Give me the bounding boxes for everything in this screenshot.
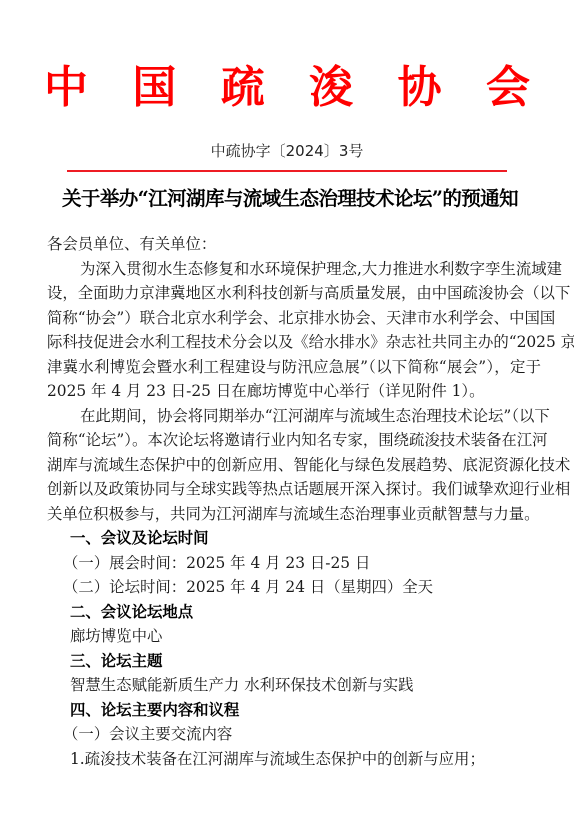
section-heading: 四、论坛主要内容和议程 bbox=[47, 698, 541, 723]
section-agenda: 四、论坛主要内容和议程 （一）会议主要交流内容 1.疏浚技术装备在江河湖库与流域… bbox=[47, 698, 541, 772]
masthead-char: 协 bbox=[394, 62, 446, 114]
masthead-char: 会 bbox=[482, 62, 534, 114]
section-heading: 一、会议及论坛时间 bbox=[47, 526, 541, 551]
masthead-char: 中 bbox=[40, 62, 92, 114]
paragraph-line: 关单位积极参与，共同为江河湖库与流域生态治理事业贡献智慧与力量。 bbox=[47, 502, 541, 527]
section-item: 智慧生态赋能新质生产力 水利环保技术创新与实践 bbox=[47, 673, 541, 698]
paragraph-line: 津冀水利博览会暨水利工程建设与防汛应急展”（以下简称“展会”），定于 bbox=[47, 355, 541, 380]
paragraph-line: 湖库与流域生态保护中的创新应用、智能化与绿色发展趋势、底泥资源化技术 bbox=[47, 453, 541, 478]
masthead-char: 国 bbox=[128, 62, 180, 114]
salutation: 各会员单位、有关单位： bbox=[47, 232, 541, 257]
paragraph-line: 简称“论坛”）。本次论坛将邀请行业内知名专家，围绕疏浚技术装备在江河 bbox=[47, 428, 541, 453]
section-heading: 三、论坛主题 bbox=[47, 649, 541, 674]
section-item: （一）展会时间：2025 年 4 月 23 日-25 日 bbox=[47, 551, 541, 576]
paragraph-line: 简称“协会”）联合北京水利学会、北京排水协会、天津市水利学会、中国国 bbox=[47, 306, 541, 331]
section-venue: 二、会议论坛地点 廊坊博览中心 bbox=[47, 600, 541, 649]
masthead-char: 疏 bbox=[217, 62, 269, 114]
paragraph-2: 在此期间，协会将同期举办“江河湖库与流域生态治理技术论坛”（以下 简称“论坛”）… bbox=[47, 404, 541, 527]
paragraph-line: 际科技促进会水利工程技术分会以及《给水排水》杂志社共同主办的“2025 京 bbox=[47, 330, 541, 355]
paragraph-line: 为深入贯彻水生态修复和水环境保护理念,大力推进水利数字孪生流域建 bbox=[47, 257, 541, 282]
section-theme: 三、论坛主题 智慧生态赋能新质生产力 水利环保技术创新与实践 bbox=[47, 649, 541, 698]
paragraph-line: 在此期间，协会将同期举办“江河湖库与流域生态治理技术论坛”（以下 bbox=[47, 404, 541, 429]
section-item: 1.疏浚技术装备在江河湖库与流域生态保护中的创新与应用； bbox=[47, 747, 541, 772]
paragraph-1: 为深入贯彻水生态修复和水环境保护理念,大力推进水利数字孪生流域建 设，全面助力京… bbox=[47, 257, 541, 404]
masthead-org-name: 中 国 疏 浚 协 会 bbox=[40, 62, 534, 114]
section-meeting-time: 一、会议及论坛时间 （一）展会时间：2025 年 4 月 23 日-25 日 （… bbox=[47, 526, 541, 600]
paragraph-line: 设，全面助力京津冀地区水利科技创新与高质量发展，由中国疏浚协会（以下 bbox=[47, 281, 541, 306]
document-number: 中疏协字〔2024〕3号 bbox=[0, 141, 574, 161]
paragraph-line: 创新以及政策协同与全球实践等热点话题展开深入探讨。我们诚挚欢迎行业相 bbox=[47, 477, 541, 502]
paragraph-line: 2025 年 4 月 23 日-25 日在廊坊博览中心举行（详见附件 1）。 bbox=[47, 379, 541, 404]
section-item: （二）论坛时间：2025 年 4 月 24 日（星期四）全天 bbox=[47, 575, 541, 600]
document-body: 各会员单位、有关单位： 为深入贯彻水生态修复和水环境保护理念,大力推进水利数字孪… bbox=[47, 232, 541, 771]
document-title: 关于举办“江河湖库与流域生态治理技术论坛”的预通知 bbox=[40, 184, 540, 214]
section-heading: 二、会议论坛地点 bbox=[47, 600, 541, 625]
section-item: 廊坊博览中心 bbox=[47, 624, 541, 649]
red-divider-rule bbox=[67, 170, 507, 172]
section-item: （一）会议主要交流内容 bbox=[47, 722, 541, 747]
masthead-char: 浚 bbox=[305, 62, 357, 114]
